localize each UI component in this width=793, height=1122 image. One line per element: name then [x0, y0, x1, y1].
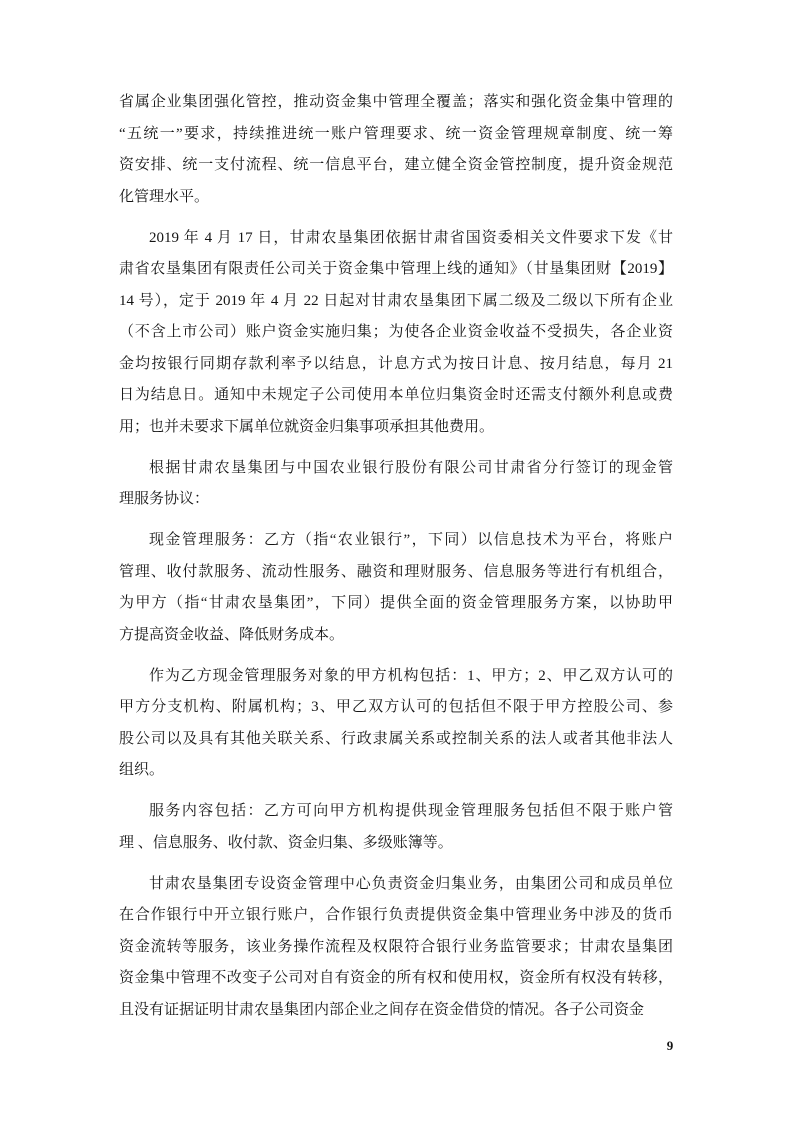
text-line: 理 、信息服务、收付款、资金归集、多级账簿等。 [119, 828, 673, 860]
text-line: 方提高资金收益、降低财务成本。 [119, 620, 673, 652]
text-line: 资金流转等服务，该业务操作流程及权限符合银行业务监管要求；甘肃农垦集团 [119, 932, 673, 964]
text-line: 14 号），定于 2019 年 4 月 22 日起对甘肃农垦集团下属二级及二级以… [119, 286, 673, 318]
text-line: 肃省农垦集团有限责任公司关于资金集中管理上线的通知》（甘垦集团财【2019】 [119, 254, 673, 286]
paragraph: 服务内容包括：乙方可向甲方机构提供现金管理服务包括但不限于账户管理 、信息服务、… [119, 796, 673, 859]
document-page: 省属企业集团强化管控，推动资金集中管理全覆盖；落实和强化资金集中管理的“五统一”… [0, 0, 793, 1122]
text-line: 为甲方（指“甘肃农垦集团”，下同）提供全面的资金管理服务方案，以协助甲 [119, 588, 673, 620]
text-line: 金均按银行同期存款利率予以结息，计息方式为按日计息、按月结息，每月 21 [119, 349, 673, 381]
text-line: 且没有证据证明甘肃农垦集团内部企业之间存在资金借贷的情况。各子公司资金 [119, 995, 673, 1027]
text-line: 2019 年 4 月 17 日，甘肃农垦集团依据甘肃省国资委相关文件要求下发《甘 [119, 223, 673, 255]
paragraph: 作为乙方现金管理服务对象的甲方机构包括：1、甲方；2、甲乙双方认可的甲方分支机构… [119, 661, 673, 787]
paragraph: 根据甘肃农垦集团与中国农业银行股份有限公司甘肃省分行签订的现金管理服务协议： [119, 453, 673, 516]
text-line: “五统一”要求，持续推进统一账户管理要求、统一资金管理规章制度、统一筹 [119, 119, 673, 151]
text-line: 服务内容包括：乙方可向甲方机构提供现金管理服务包括但不限于账户管 [119, 796, 673, 828]
text-line: 日为结息日。通知中未规定子公司使用本单位归集资金时还需支付额外利息或费 [119, 380, 673, 412]
text-line: 用；也并未要求下属单位就资金归集事项承担其他费用。 [119, 412, 673, 444]
text-line: 在合作银行中开立银行账户，合作银行负责提供资金集中管理业务中涉及的货币 [119, 900, 673, 932]
text-line: （不含上市公司）账户资金实施归集；为使各企业资金收益不受损失，各企业资 [119, 317, 673, 349]
text-line: 理服务协议： [119, 484, 673, 516]
text-line: 作为乙方现金管理服务对象的甲方机构包括：1、甲方；2、甲乙双方认可的 [119, 661, 673, 693]
text-line: 化管理水平。 [119, 182, 673, 214]
paragraph: 甘肃农垦集团专设资金管理中心负责资金归集业务，由集团公司和成员单位在合作银行中开… [119, 869, 673, 1027]
paragraph: 2019 年 4 月 17 日，甘肃农垦集团依据甘肃省国资委相关文件要求下发《甘… [119, 223, 673, 444]
text-line: 甘肃农垦集团专设资金管理中心负责资金归集业务，由集团公司和成员单位 [119, 869, 673, 901]
document-body: 省属企业集团强化管控，推动资金集中管理全覆盖；落实和强化资金集中管理的“五统一”… [119, 87, 673, 1036]
page-number: 9 [658, 1036, 682, 1056]
text-line: 资金集中管理不改变子公司对自有资金的所有权和使用权，资金所有权没有转移， [119, 963, 673, 995]
text-line: 股公司以及具有其他关联关系、行政隶属关系或控制关系的法人或者其他非法人 [119, 724, 673, 756]
text-line: 组织。 [119, 755, 673, 787]
text-line: 根据甘肃农垦集团与中国农业银行股份有限公司甘肃省分行签订的现金管 [119, 453, 673, 485]
paragraph: 现金管理服务：乙方（指“农业银行”，下同）以信息技术为平台，将账户管理、收付款服… [119, 525, 673, 651]
text-line: 资安排、统一支付流程、统一信息平台，建立健全资金管控制度，提升资金规范 [119, 150, 673, 182]
text-line: 现金管理服务：乙方（指“农业银行”，下同）以信息技术为平台，将账户 [119, 525, 673, 557]
text-line: 甲方分支机构、附属机构；3、甲乙双方认可的包括但不限于甲方控股公司、参 [119, 692, 673, 724]
paragraph: 省属企业集团强化管控，推动资金集中管理全覆盖；落实和强化资金集中管理的“五统一”… [119, 87, 673, 213]
text-line: 管理、收付款服务、流动性服务、融资和理财服务、信息服务等进行有机组合， [119, 557, 673, 589]
text-line: 省属企业集团强化管控，推动资金集中管理全覆盖；落实和强化资金集中管理的 [119, 87, 673, 119]
